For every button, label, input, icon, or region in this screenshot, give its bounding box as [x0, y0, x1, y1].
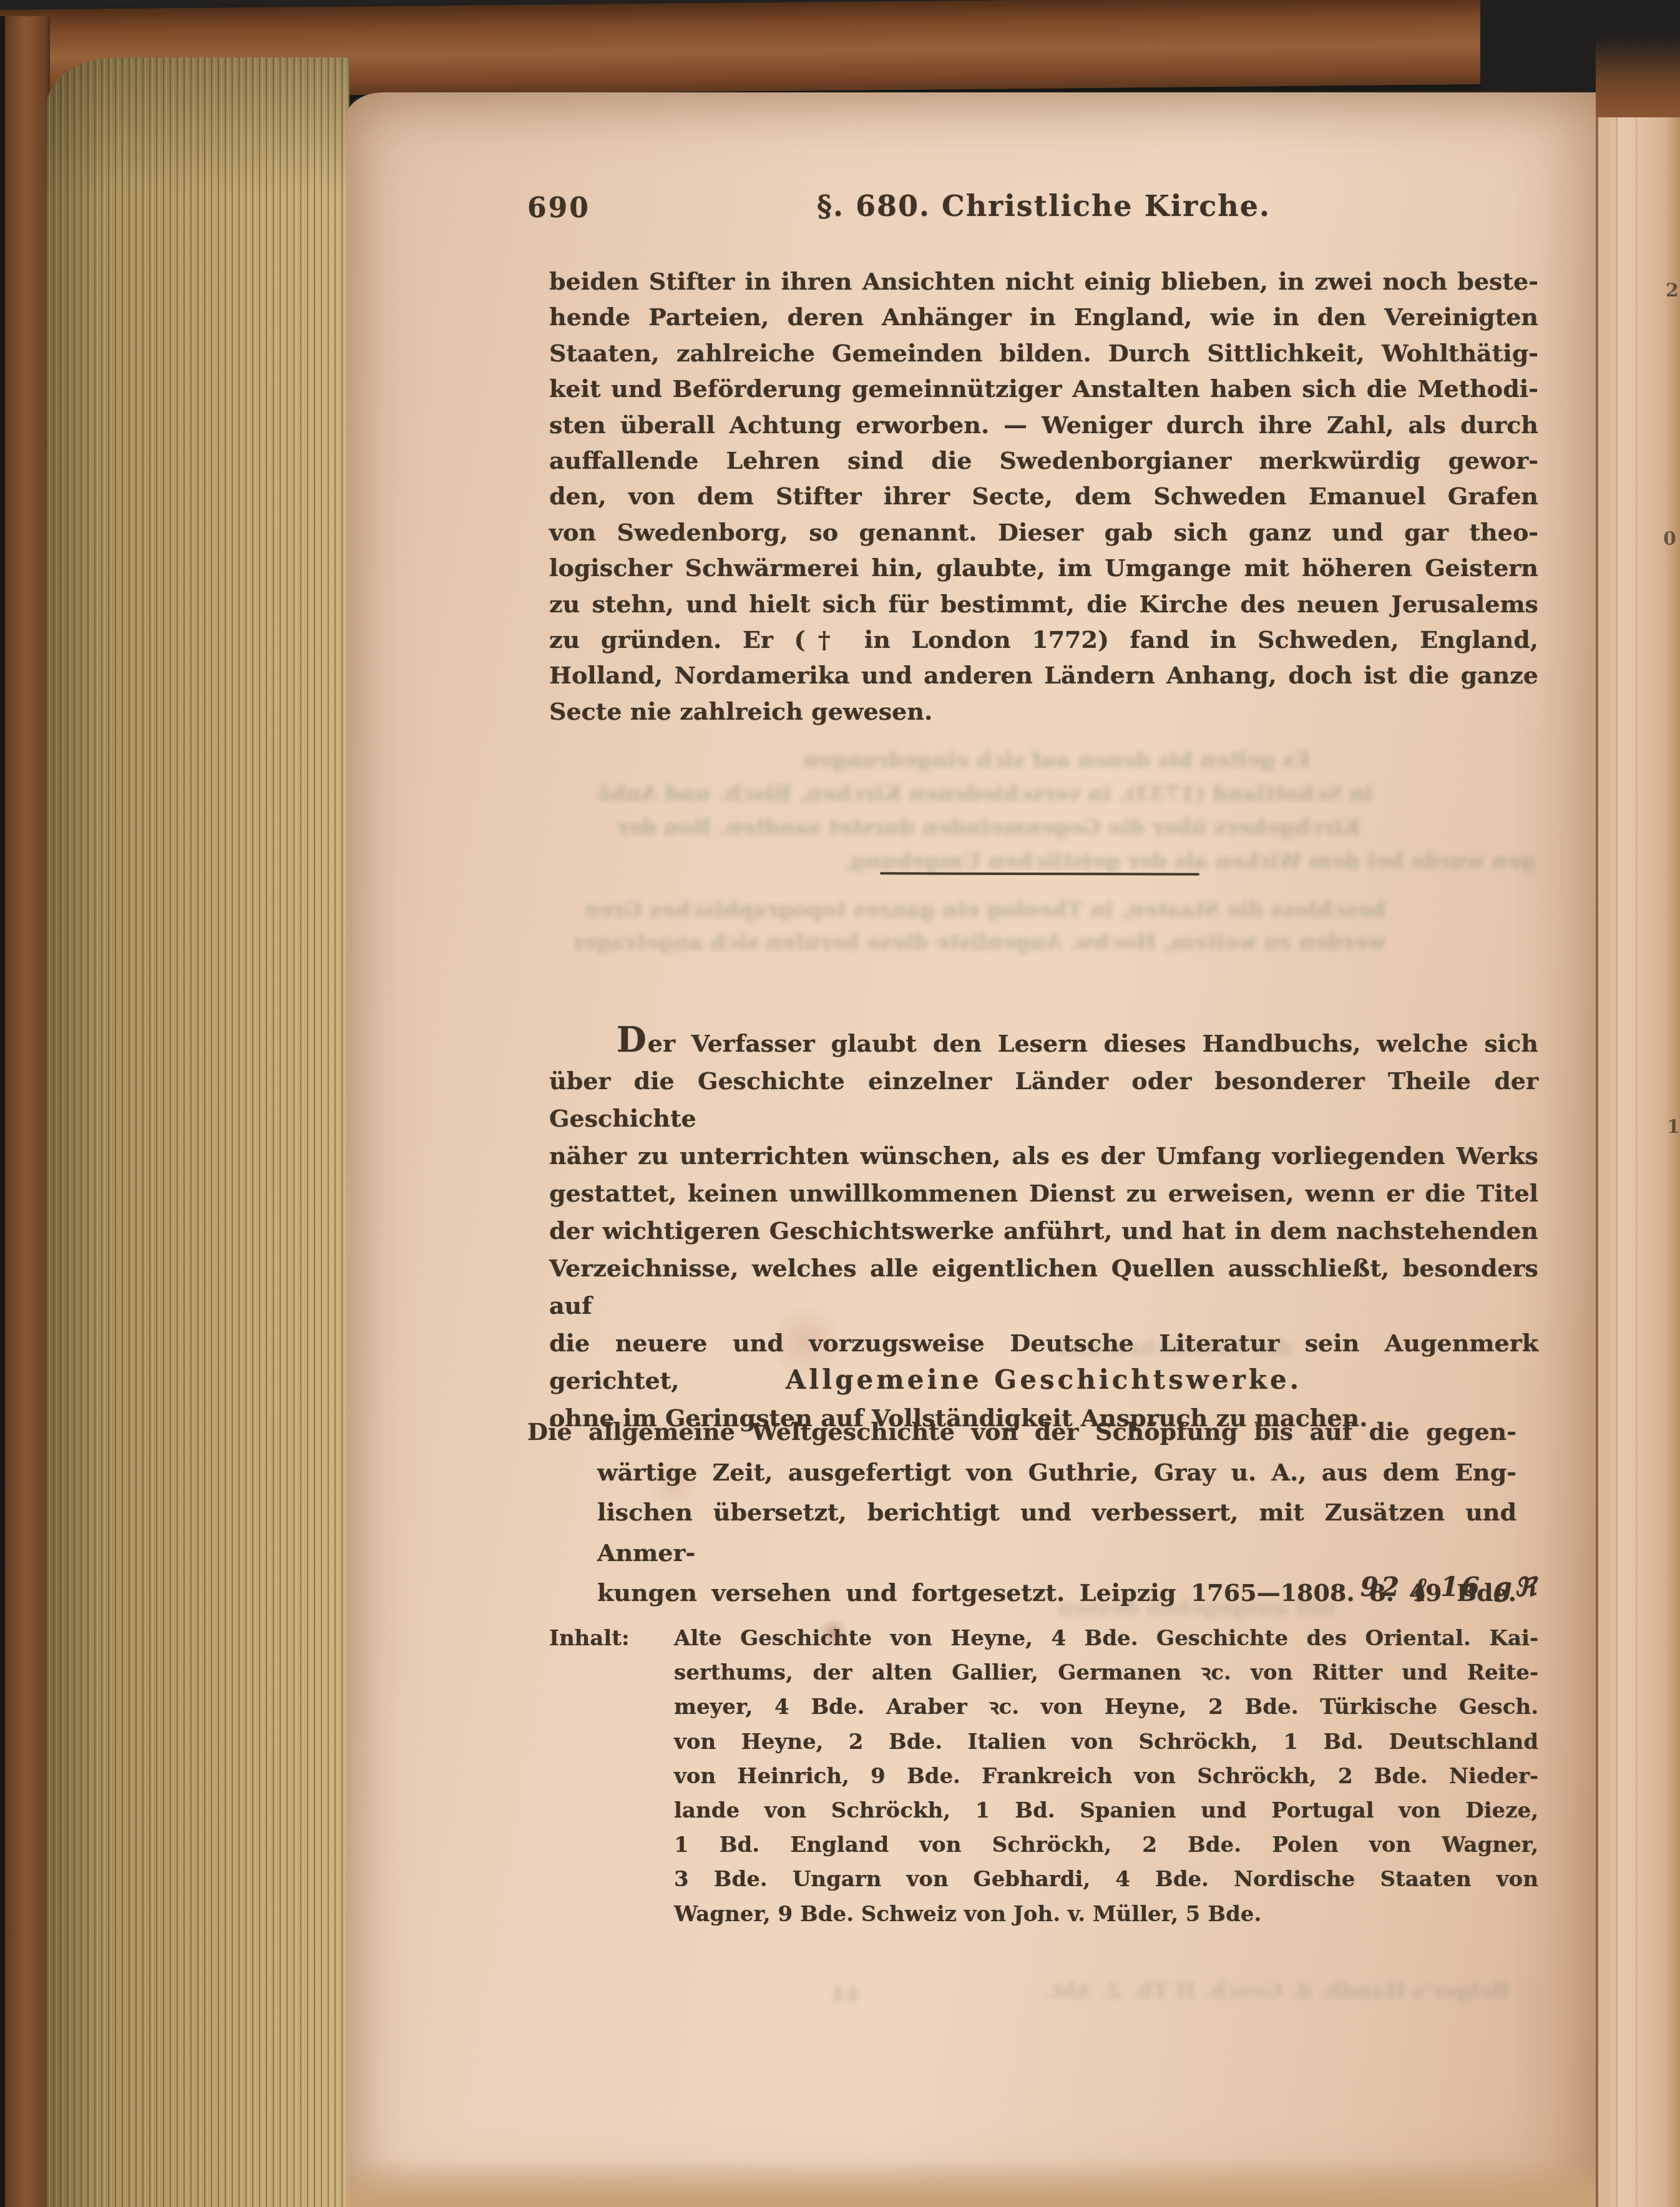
text-line: über die Geschichte einzelner Länder ode… [549, 1062, 1538, 1137]
text-line: von Heinrich, 9 Bde. Frankreich von Schr… [674, 1759, 1538, 1794]
inhalt-lines: Alte Geschichte von Heyne, 4 Bde. Geschi… [674, 1622, 1538, 1932]
text-line: sten überall Achtung erworben. — Weniger… [549, 407, 1538, 443]
text-line: Verzeichnisse, welches alle eigentlichen… [549, 1250, 1538, 1324]
text-line: der wichtigeren Geschichtswerke anführt,… [549, 1212, 1538, 1250]
text-line: wärtige Zeit, ausgefertigt von Guthrie, … [527, 1452, 1516, 1493]
text-line: meyer, 4 Bde. Araber ꝛc. von Heyne, 2 Bd… [674, 1690, 1538, 1725]
inhalt-label: Inhalt: [549, 1622, 630, 1656]
adjacent-page-sliver: 2 0 1 [1596, 0, 1680, 2207]
text-line: Alte Geschichte von Heyne, 4 Bde. Geschi… [674, 1622, 1538, 1656]
bottom-page-edge [346, 2158, 1597, 2207]
edge-letter-fragment: 1 [1667, 1116, 1680, 1138]
edge-letter-fragment: 0 [1663, 528, 1676, 550]
text-line: Staaten, zahlreiche Gemeinden bilden. Du… [549, 335, 1538, 371]
text-line: Holland, Nordamerika und anderen Ländern… [549, 657, 1538, 693]
text-line: von Swedenborg, so genannt. Dieser gab s… [549, 514, 1538, 550]
text-line: den, von dem Stifter ihrer Secte, dem Sc… [549, 478, 1538, 514]
text-line: gestattet, keinen unwillkommenen Dienst … [549, 1175, 1538, 1212]
inhalt-block: Inhalt: Alte Geschichte von Heyne, 4 Bde… [549, 1622, 1538, 1932]
entry-price: 92 ₰ 16 gℜ [549, 1572, 1538, 1603]
section-heading: Allgemeine Geschichtswerke. [549, 1364, 1538, 1395]
text-line: Die allgemeine Weltgeschichte von der Sc… [527, 1412, 1516, 1452]
text-line: serthums, der alten Gallier, Germanen ꝛc… [674, 1656, 1538, 1690]
text-line: lande von Schröckh, 1 Bd. Spanien und Po… [674, 1794, 1538, 1828]
text-line: 3 Bde. Ungarn von Gebhardi, 4 Bde. Nordi… [674, 1862, 1538, 1897]
running-header: §. 680. Christliche Kirche. [549, 189, 1538, 223]
paragraph-methodists-swedenborgians: beiden Stifter in ihren Ansichten nicht … [549, 263, 1538, 729]
text-line: zu stehn, und hielt sich für bestimmt, d… [549, 586, 1538, 622]
text-line: auffallende Lehren sind die Swedenborgia… [549, 443, 1538, 478]
text-line: beiden Stifter in ihren Ansichten nicht … [549, 263, 1538, 299]
text-line: Der Verfasser glaubt den Lesern dieses H… [549, 1021, 1538, 1062]
text-line: hende Parteien, deren Anhänger in Englan… [549, 299, 1538, 335]
text-line: lischen übersetzt, berichtigt und verbes… [527, 1492, 1516, 1573]
text-line: näher zu unterrichten wünschen, als es d… [549, 1137, 1538, 1175]
text-line: Wagner, 9 Bde. Schweiz von Joh. v. Mülle… [674, 1897, 1538, 1932]
text-line: zu gründen. Er († in London 1772) fand i… [549, 622, 1538, 657]
text-line: keit und Beförderung gemeinnütziger Anst… [549, 371, 1538, 406]
adjacent-page-top-leather [1596, 0, 1680, 117]
text-line: Secte nie zahlreich gewesen. [549, 693, 1538, 729]
printed-text-layer: 690 §. 680. Christliche Kirche. beiden S… [0, 0, 1680, 2207]
book-photograph: Es gelten bis denen auf sich eingedrunge… [0, 0, 1680, 2207]
text-line: 1 Bd. England von Schröckh, 2 Bde. Polen… [674, 1828, 1538, 1862]
page-crease [1636, 0, 1638, 2207]
text-line: logischer Schwärmerei hin, glaubte, im U… [549, 550, 1538, 585]
edge-letter-fragment: 2 [1666, 280, 1679, 301]
section-divider-rule [880, 872, 1199, 875]
text-line: von Heyne, 2 Bde. Italien von Schröckh, … [674, 1725, 1538, 1759]
page-crease [1616, 0, 1618, 2207]
